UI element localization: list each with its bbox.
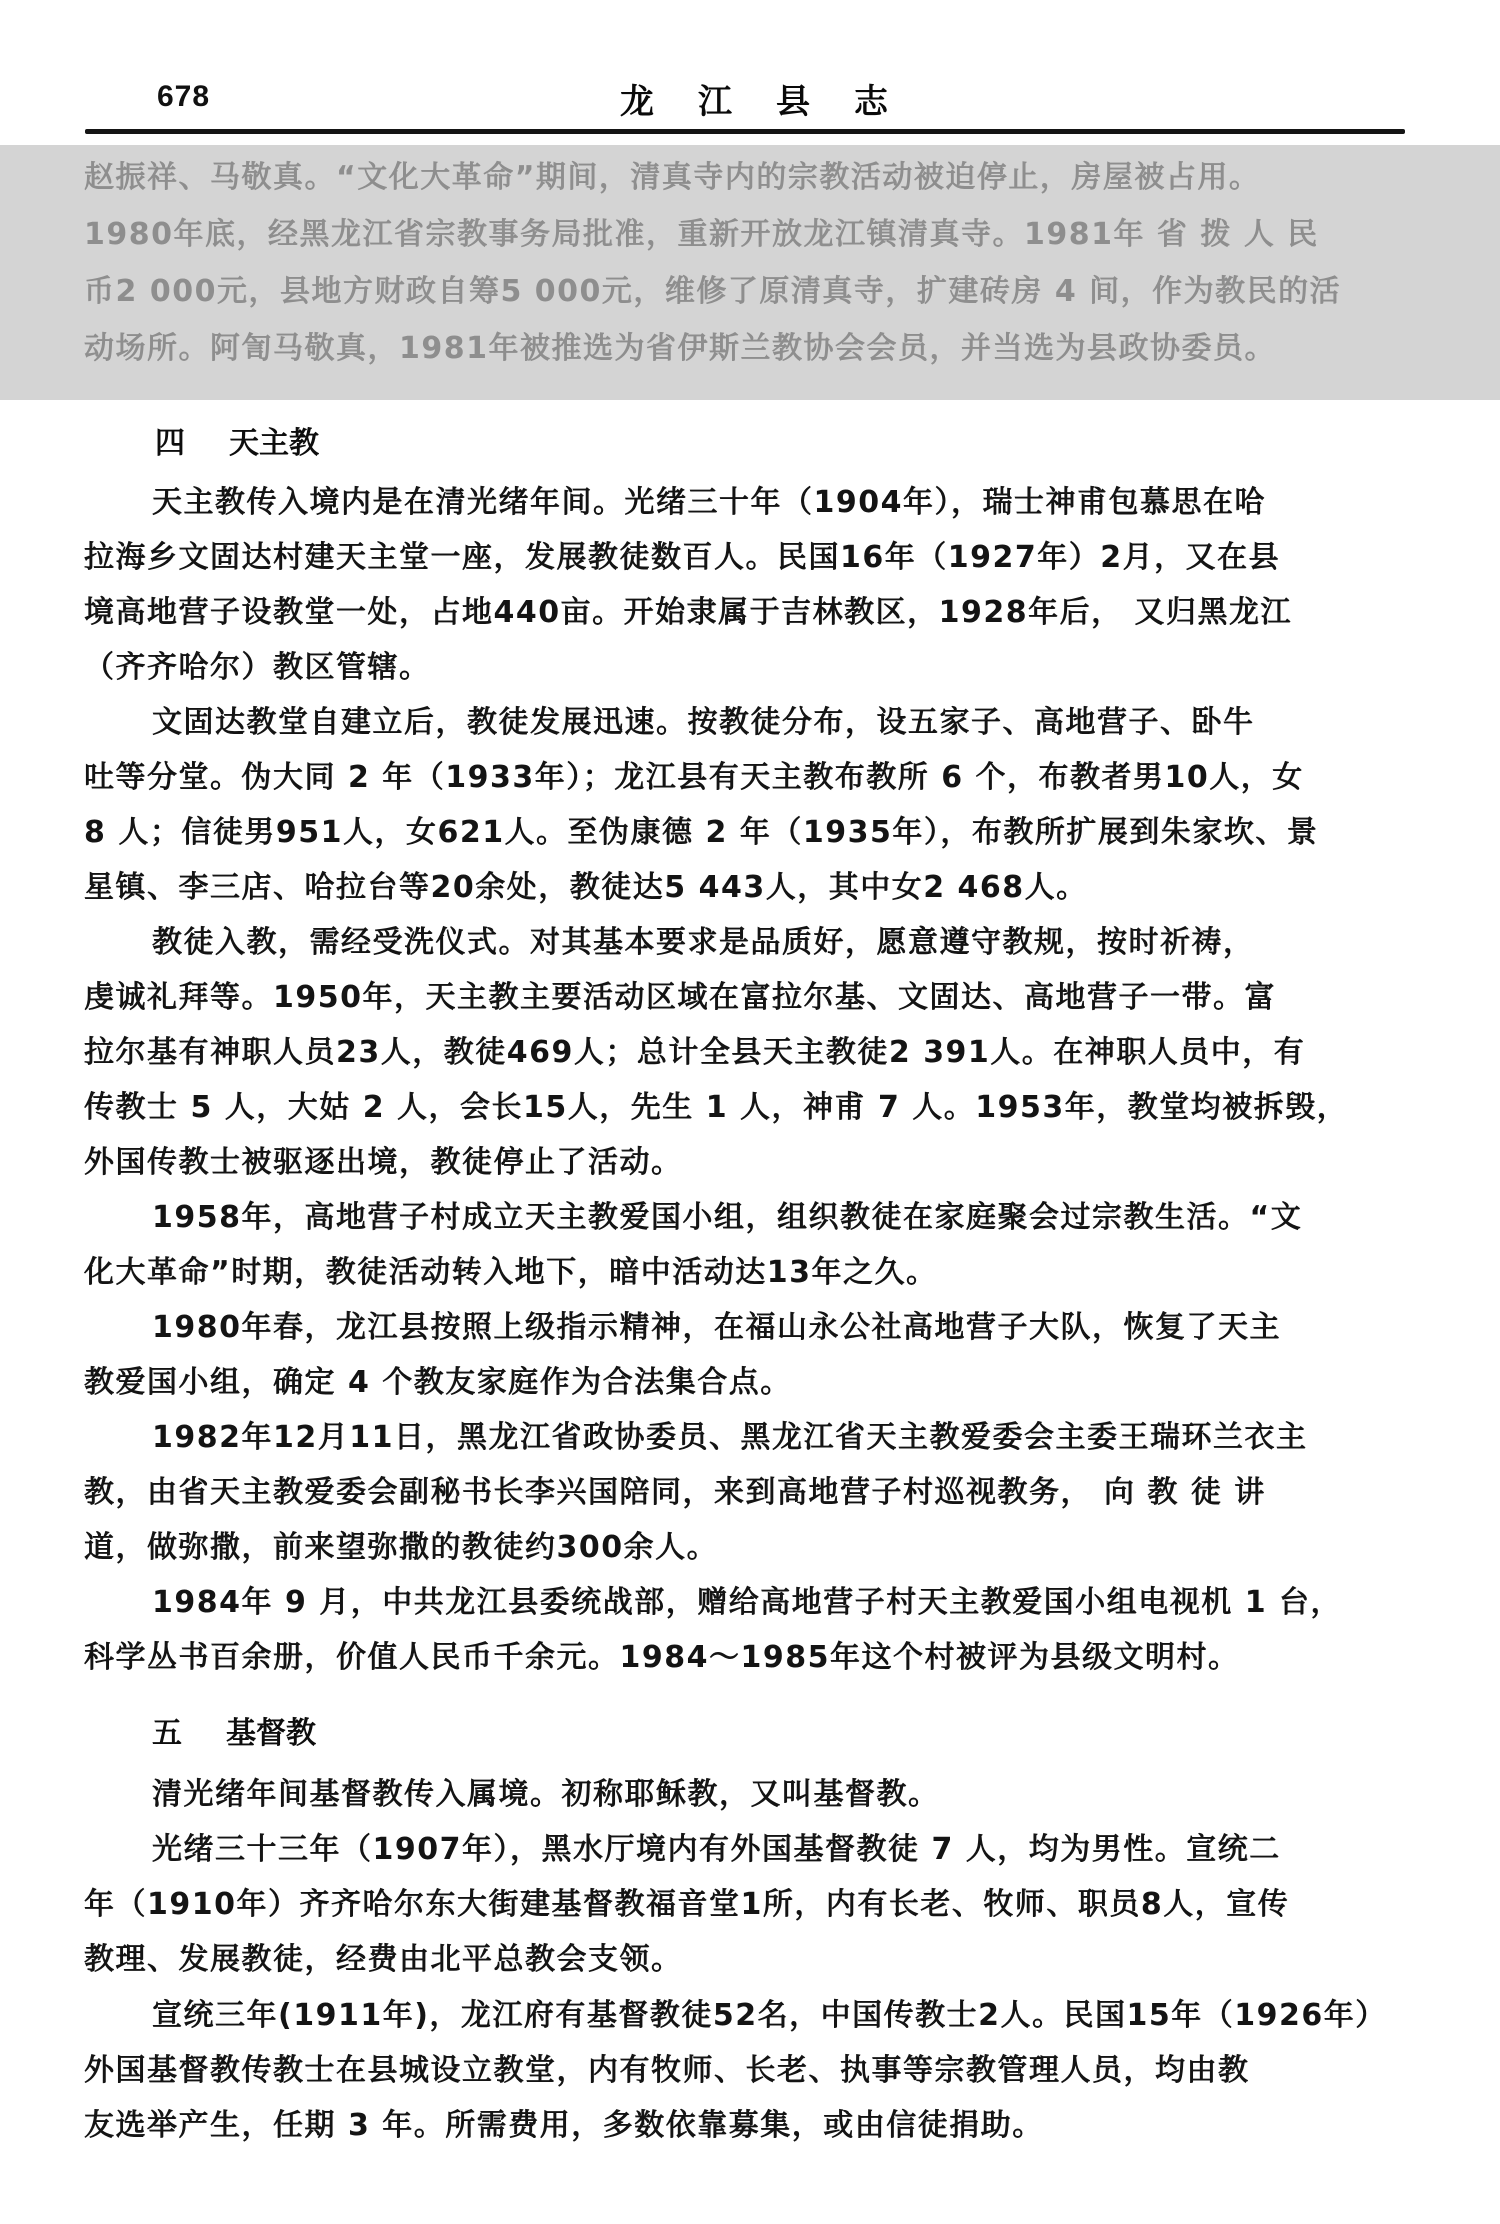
paragraph-line: 1982年12月11日，黑龙江省政协委员、黑龙江省天主教爱委会主委王瑞环兰衣主: [152, 1420, 1308, 1456]
paragraph-line: 道，做弥撒，前来望弥撒的教徒约300余人。: [84, 1530, 718, 1566]
running-title: 龙江县志: [620, 74, 880, 123]
paragraph-line: 1984年 9 月，中共龙江县委统战部，赠给高地营子村天主教爱国小组电视机 1 …: [152, 1585, 1342, 1621]
paragraph-line: 吐等分堂。伪大同 2 年（1933年）；龙江县有天主教布教所 6 个，布教者男1…: [84, 760, 1304, 796]
paragraph-line: 化大革命”时期，教徒活动转入地下，暗中活动达13年之久。: [84, 1255, 937, 1291]
paragraph-line: 拉尔基有神职人员23人，教徒469人；总计全县天主教徒2 391人。在神职人员中…: [84, 1035, 1305, 1071]
section-number: 五: [152, 1708, 226, 1752]
paragraph-line: 宣统三年(1911年)，龙江府有基督教徒52名，中国传教士2人。民国15年（19…: [152, 1998, 1387, 2034]
paragraph-line: （齐齐哈尔）教区管辖。: [84, 650, 431, 686]
paragraph-line: 科学丛书百余册，价值人民币千余元。1984～1985年这个村被评为县级文明村。: [84, 1640, 1240, 1676]
page-number: 678: [157, 80, 210, 114]
paragraph-line: 教，由省天主教爱委会副秘书长李兴国陪同，来到高地营子村巡视教务， 向 教 徒 讲: [84, 1475, 1266, 1511]
excerpt-line: 动场所。阿訇马敬真，1981年被推选为省伊斯兰教协会会员，并当选为县政协委员。: [84, 331, 1276, 367]
paragraph-line: 文固达教堂自建立后，教徒发展迅速。按教徒分布，设五家子、高地营子、卧牛: [152, 705, 1255, 741]
section-title: 天主教: [229, 426, 319, 461]
section-title: 基督教: [226, 1716, 316, 1751]
header-rule: [85, 129, 1405, 134]
paragraph-line: 清光绪年间基督教传入属境。初称耶稣教，又叫基督教。: [152, 1777, 940, 1813]
paragraph-line: 星镇、李三店、哈拉台等20余处，教徒达5 443人，其中女2 468人。: [84, 870, 1088, 906]
section-heading-christianity: 五基督教: [152, 1708, 316, 1752]
paragraph-line: 1958年，高地营子村成立天主教爱国小组，组织教徒在家庭聚会过宗教生活。“文: [152, 1200, 1302, 1236]
paragraph-line: 教徒入教，需经受洗仪式。对其基本要求是品质好，愿意遵守教规，按时祈祷，: [152, 925, 1255, 961]
paragraph-line: 外国传教士被驱逐出境，教徒停止了活动。: [84, 1145, 683, 1181]
paragraph-line: 天主教传入境内是在清光绪年间。光绪三十年（1904年），瑞士神甫包慕思在哈: [152, 485, 1266, 521]
excerpt-line: 1980年底，经黑龙江省宗教事务局批准，重新开放龙江镇清真寺。1981年 省 拨…: [84, 217, 1319, 253]
paragraph-line: 外国基督教传教士在县城设立教堂，内有牧师、长老、执事等宗教管理人员，均由教: [84, 2053, 1250, 2089]
paragraph-line: 友选举产生，任期 3 年。所需费用，多数依靠募集，或由信徒捐助。: [84, 2108, 1044, 2144]
paragraph-line: 虔诚礼拜等。1950年，天主教主要活动区域在富拉尔基、文固达、高地营子一带。富: [84, 980, 1276, 1016]
section-heading-catholicism: 四天主教: [155, 418, 319, 462]
paragraph-line: 8 人；信徒男951人，女621人。至伪康德 2 年（1935年），布教所扩展到…: [84, 815, 1318, 851]
paragraph-line: 拉海乡文固达村建天主堂一座，发展教徒数百人。民国16年（1927年）2月，又在县: [84, 540, 1280, 576]
excerpt-line: 赵振祥、马敬真。“文化大革命”期间，清真寺内的宗教活动被迫停止，房屋被占用。: [84, 160, 1260, 196]
paragraph-line: 1980年春，龙江县按照上级指示精神，在福山永公社高地营子大队，恢复了天主: [152, 1310, 1281, 1346]
paragraph-line: 教理、发展教徒，经费由北平总教会支领。: [84, 1942, 683, 1978]
paragraph-line: 年（1910年）齐齐哈尔东大街建基督教福音堂1所，内有长老、牧师、职员8人，宣传: [84, 1887, 1289, 1923]
section-number: 四: [155, 418, 229, 462]
paragraph-line: 光绪三十三年（1907年），黑水厅境内有外国基督教徒 7 人，均为男性。宣统二: [152, 1832, 1281, 1868]
paragraph-line: 境高地营子设教堂一处，占地440亩。开始隶属于吉林教区，1928年后， 又归黑龙…: [84, 595, 1292, 631]
excerpt-line: 币2 000元，县地方财政自筹5 000元，维修了原清真寺，扩建砖房 4 间，作…: [84, 274, 1341, 310]
paragraph-line: 传教士 5 人，大姑 2 人，会长15人，先生 1 人，神甫 7 人。1953年…: [84, 1090, 1348, 1126]
paragraph-line: 教爱国小组，确定 4 个教友家庭作为合法集合点。: [84, 1365, 792, 1401]
